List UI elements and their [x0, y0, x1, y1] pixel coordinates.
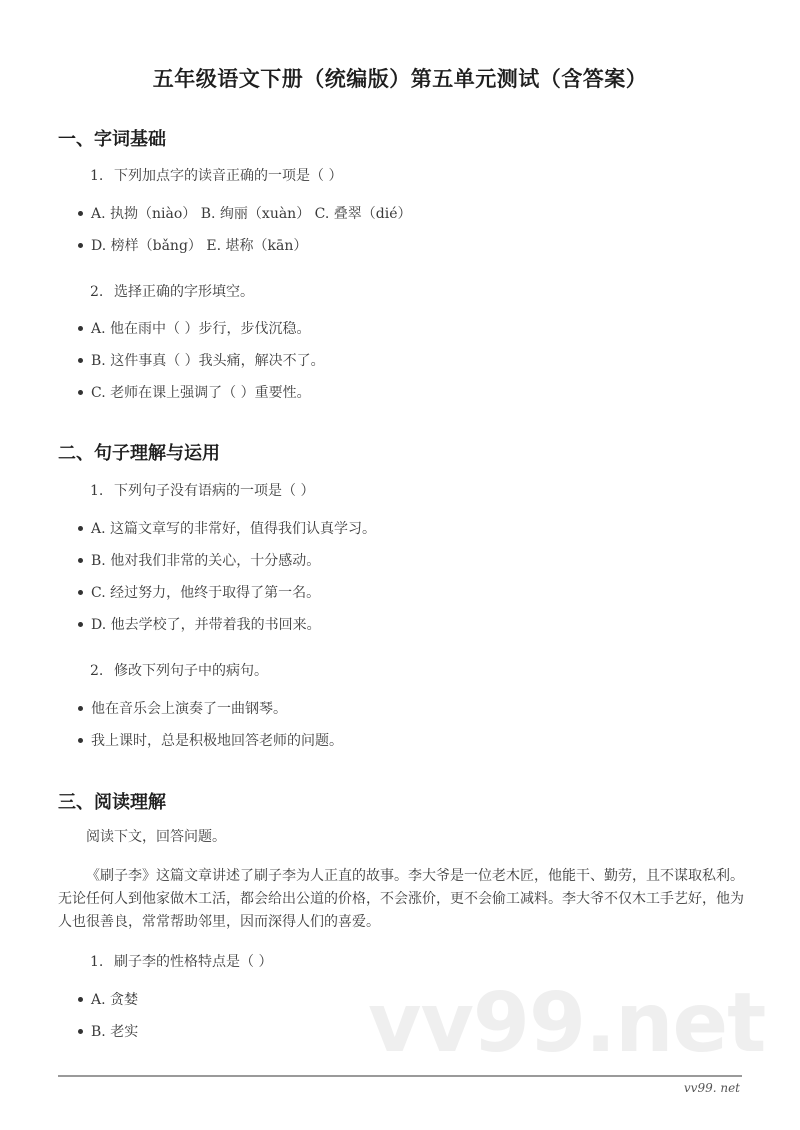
question-2-2: 2.修改下列句子中的病句。 [90, 660, 268, 680]
bullet-icon [78, 326, 83, 331]
question-text: 选择正确的字形填空。 [114, 284, 254, 300]
list-item: B. 他对我们非常的关心，十分感动。 [78, 550, 320, 570]
bullet-icon [78, 1029, 83, 1034]
list-item: A. 这篇文章写的非常好，值得我们认真学习。 [78, 518, 376, 538]
list-item-text: C. 经过努力，他终于取得了第一名。 [91, 582, 320, 602]
bullet-icon [78, 358, 83, 363]
list-item: B. 这件事真（ ）我头痛，解决不了。 [78, 350, 325, 370]
list-item-text: D. 榜样（bǎng） E. 堪称（kān） [91, 235, 307, 255]
list-item-text: C. 老师在课上强调了（ ）重要性。 [91, 382, 311, 402]
section-heading-2: 二、句子理解与运用 [58, 439, 220, 465]
question-number: 2. [90, 663, 114, 679]
list-item-text: B. 他对我们非常的关心，十分感动。 [91, 550, 320, 570]
list-item-text: B. 老实 [91, 1021, 138, 1041]
list-item: D. 他去学校了，并带着我的书回来。 [78, 614, 321, 634]
footer-text: vv99. net [684, 1081, 740, 1095]
section-heading-3: 三、阅读理解 [58, 788, 166, 814]
watermark: vv99.net [368, 983, 765, 1065]
bullet-icon [78, 738, 83, 743]
question-1-1: 1.下列加点字的读音正确的一项是（ ） [90, 165, 342, 185]
list-item-text: 我上课时，总是积极地回答老师的问题。 [91, 730, 343, 750]
list-item: A. 执拗（niào） B. 绚丽（xuàn） C. 叠翠（dié） [78, 203, 411, 223]
list-item-text: 他在音乐会上演奏了一曲钢琴。 [91, 698, 287, 718]
bullet-icon [78, 558, 83, 563]
list-item-text: A. 执拗（niào） B. 绚丽（xuàn） C. 叠翠（dié） [91, 203, 411, 223]
list-item: C. 经过努力，他终于取得了第一名。 [78, 582, 320, 602]
question-1-2: 2.选择正确的字形填空。 [90, 281, 254, 301]
list-item-text: A. 这篇文章写的非常好，值得我们认真学习。 [91, 518, 376, 538]
list-item: A. 贪婪 [78, 989, 138, 1009]
question-2-1: 1.下列句子没有语病的一项是（ ） [90, 480, 314, 500]
section-heading-1: 一、字词基础 [58, 125, 166, 151]
question-number: 1. [90, 483, 114, 499]
bullet-icon [78, 590, 83, 595]
bullet-icon [78, 211, 83, 216]
reading-passage: 《刷子李》这篇文章讲述了刷子李为人正直的故事。李大爷是一位老木匠，他能干、勤劳，… [58, 865, 748, 934]
bullet-icon [78, 526, 83, 531]
question-text: 修改下列句子中的病句。 [114, 663, 268, 679]
bullet-icon [78, 243, 83, 248]
list-item: 我上课时，总是积极地回答老师的问题。 [78, 730, 343, 750]
footer-divider [58, 1075, 742, 1077]
question-text: 下列句子没有语病的一项是（ ） [114, 483, 314, 499]
list-item-text: D. 他去学校了，并带着我的书回来。 [91, 614, 321, 634]
document-title: 五年级语文下册（统编版）第五单元测试（含答案） [0, 63, 800, 93]
list-item: D. 榜样（bǎng） E. 堪称（kān） [78, 235, 307, 255]
question-text: 下列加点字的读音正确的一项是（ ） [114, 168, 342, 184]
bullet-icon [78, 622, 83, 627]
list-item: 他在音乐会上演奏了一曲钢琴。 [78, 698, 287, 718]
list-item: A. 他在雨中（ ）步行，步伐沉稳。 [78, 318, 310, 338]
list-item: C. 老师在课上强调了（ ）重要性。 [78, 382, 311, 402]
bullet-icon [78, 706, 83, 711]
list-item-text: B. 这件事真（ ）我头痛，解决不了。 [91, 350, 325, 370]
list-item: B. 老实 [78, 1021, 138, 1041]
bullet-icon [78, 997, 83, 1002]
question-text: 刷子李的性格特点是（ ） [114, 954, 272, 970]
question-number: 1. [90, 954, 114, 970]
question-number: 1. [90, 168, 114, 184]
reading-instruction: 阅读下文，回答问题。 [58, 826, 748, 849]
question-number: 2. [90, 284, 114, 300]
list-item-text: A. 他在雨中（ ）步行，步伐沉稳。 [91, 318, 310, 338]
list-item-text: A. 贪婪 [91, 989, 138, 1009]
question-3-1: 1.刷子李的性格特点是（ ） [90, 951, 272, 971]
bullet-icon [78, 390, 83, 395]
